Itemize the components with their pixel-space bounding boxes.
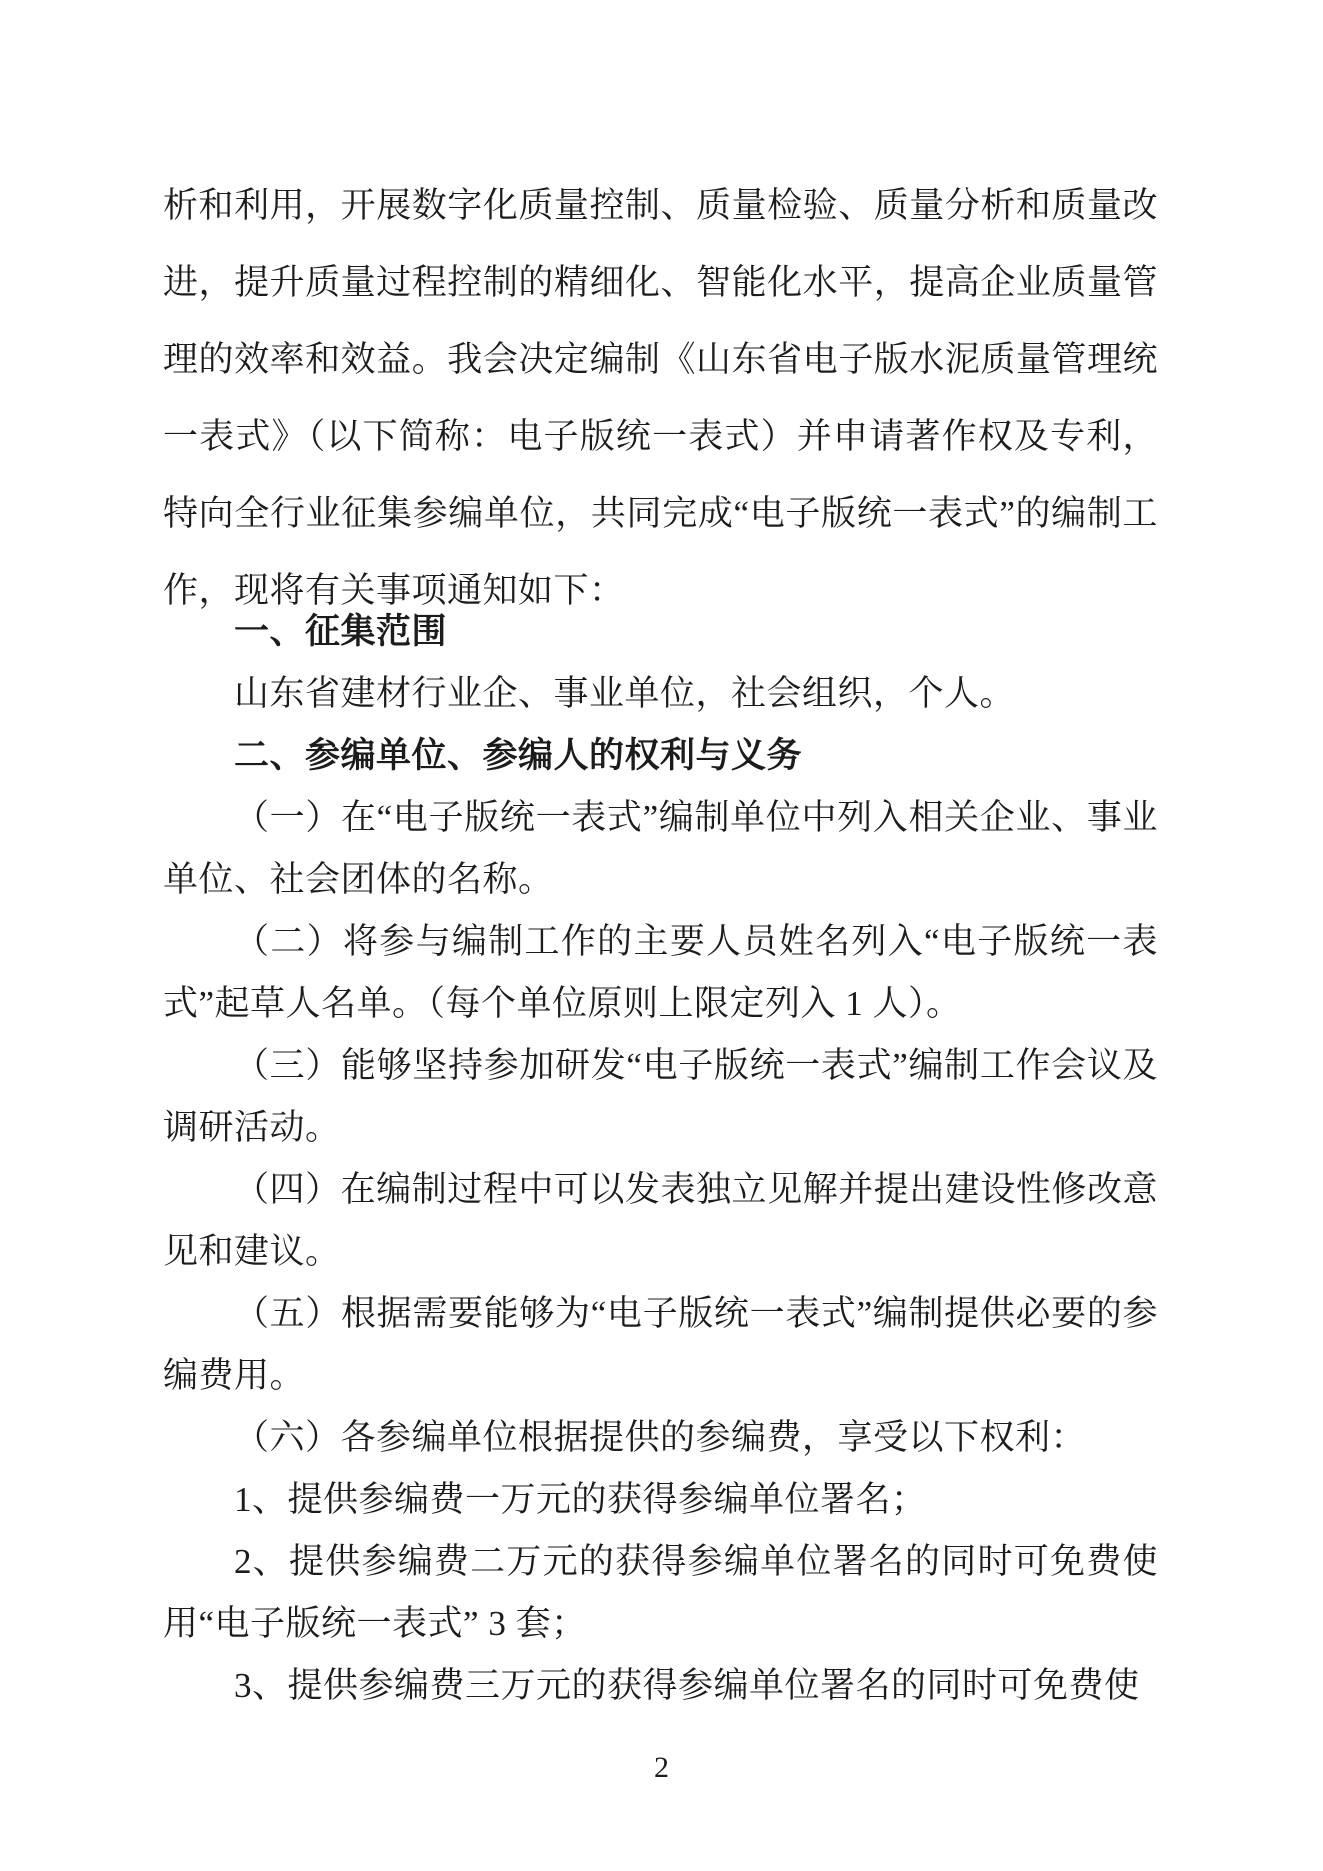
body-paragraph-item-1: （一）在“电子版统一表式”编制单位中列入相关企业、事业单位、社会团体的名称。 — [163, 787, 1158, 911]
body-paragraph-item-3: （三）能够坚持参加研发“电子版统一表式”编制工作会议及调研活动。 — [163, 1035, 1158, 1159]
page-number: 2 — [0, 1750, 1323, 1786]
section-heading-1: 一、征集范围 — [163, 601, 1158, 663]
body-paragraph-subitem-1: 1、提供参编费一万元的获得参编单位署名； — [163, 1469, 1158, 1531]
body-paragraph-subitem-2: 2、提供参编费二万元的获得参编单位署名的同时可免费使用“电子版统一表式” 3 套… — [163, 1531, 1158, 1655]
section-heading-2: 二、参编单位、参编人的权利与义务 — [163, 725, 1158, 787]
body-paragraph-continuation: 析和利用，开展数字化质量控制、质量检验、质量分析和质量改进，提升质量过程控制的精… — [163, 167, 1158, 629]
body-paragraph-item-5: （五）根据需要能够为“电子版统一表式”编制提供必要的参编费用。 — [163, 1283, 1158, 1407]
body-paragraph-item-4: （四）在编制过程中可以发表独立见解并提出建设性修改意见和建议。 — [163, 1159, 1158, 1283]
document-page: 析和利用，开展数字化质量控制、质量检验、质量分析和质量改进，提升质量过程控制的精… — [0, 0, 1323, 1871]
body-paragraph-subitem-3: 3、提供参编费三万元的获得参编单位署名的同时可免费使 — [163, 1655, 1158, 1717]
document-body: 析和利用，开展数字化质量控制、质量检验、质量分析和质量改进，提升质量过程控制的精… — [163, 167, 1158, 1717]
body-paragraph-item-2: （二）将参与编制工作的主要人员姓名列入“电子版统一表式”起草人名单。（每个单位原… — [163, 911, 1158, 1035]
body-paragraph: 山东省建材行业企、事业单位，社会组织，个人。 — [163, 663, 1158, 725]
body-paragraph-item-6: （六）各参编单位根据提供的参编费，享受以下权利： — [163, 1407, 1158, 1469]
